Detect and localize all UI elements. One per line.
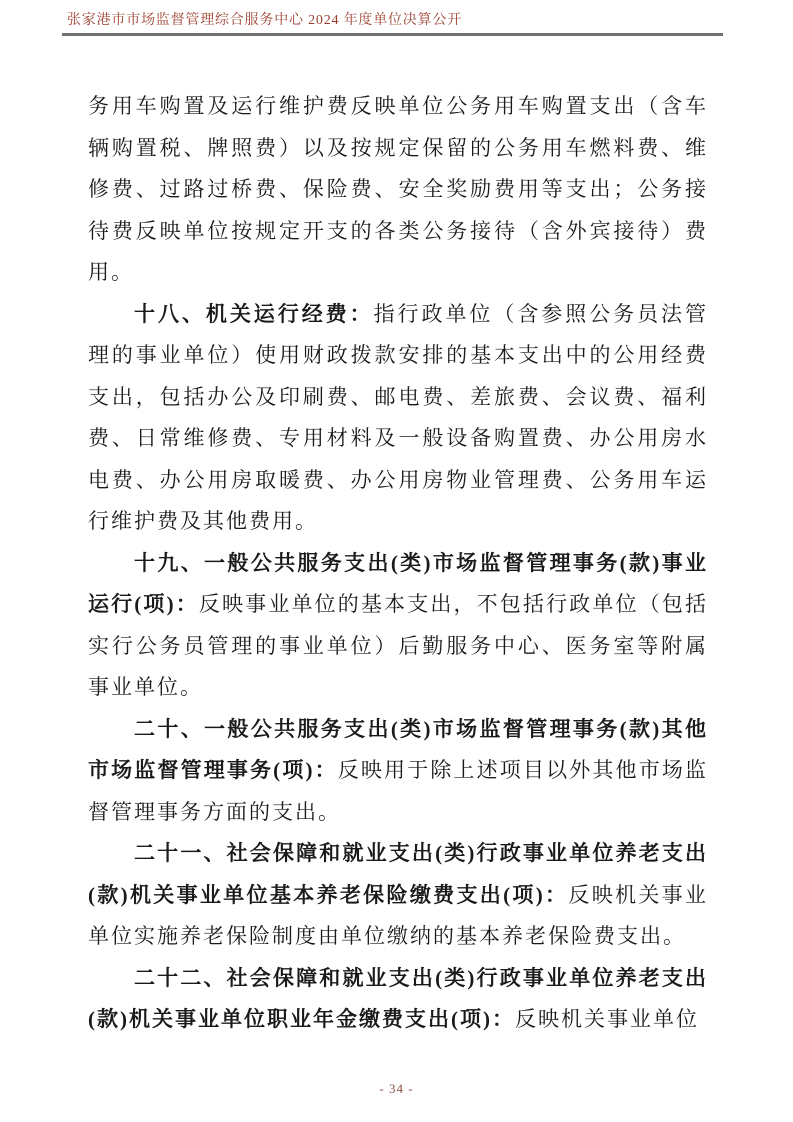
paragraph: 十九、一般公共服务支出(类)市场监督管理事务(款)事业运行(项)：反映事业单位的… (88, 543, 708, 709)
paragraph: 二十、一般公共服务支出(类)市场监督管理事务(款)其他市场监督管理事务(项)：反… (88, 709, 708, 834)
page-header: 张家港市市场监督管理综合服务中心 2024 年度单位决算公开 (62, 9, 723, 36)
page-number: - 34 - (379, 1081, 413, 1096)
header-rule (62, 33, 723, 36)
page-footer: - 34 - (0, 1080, 793, 1098)
paragraph-text: 指行政单位（含参照公务员法管理的事业单位）使用财政拨款安排的基本支出中的公用经费… (88, 302, 708, 534)
document-page: 张家港市市场监督管理综合服务中心 2024 年度单位决算公开 务用车购置及运行维… (0, 0, 793, 1122)
paragraph-text: 反映机关事业单位 (515, 1007, 699, 1031)
paragraph: 务用车购置及运行维护费反映单位公务用车购置支出（含车辆购置税、牌照费）以及按规定… (88, 86, 708, 294)
paragraph: 十八、机关运行经费：指行政单位（含参照公务员法管理的事业单位）使用财政拨款安排的… (88, 294, 708, 543)
paragraph-lead: 十八、机关运行经费： (134, 302, 374, 326)
paragraph: 二十一、社会保障和就业支出(类)行政事业单位养老支出(款)机关事业单位基本养老保… (88, 833, 708, 958)
document-body: 务用车购置及运行维护费反映单位公务用车购置支出（含车辆购置税、牌照费）以及按规定… (88, 86, 708, 1041)
paragraph: 二十二、社会保障和就业支出(类)行政事业单位养老支出(款)机关事业单位职业年金缴… (88, 958, 708, 1041)
paragraph-text: 务用车购置及运行维护费反映单位公务用车购置支出（含车辆购置税、牌照费）以及按规定… (88, 94, 708, 284)
header-title: 张家港市市场监督管理综合服务中心 2024 年度单位决算公开 (62, 9, 723, 29)
